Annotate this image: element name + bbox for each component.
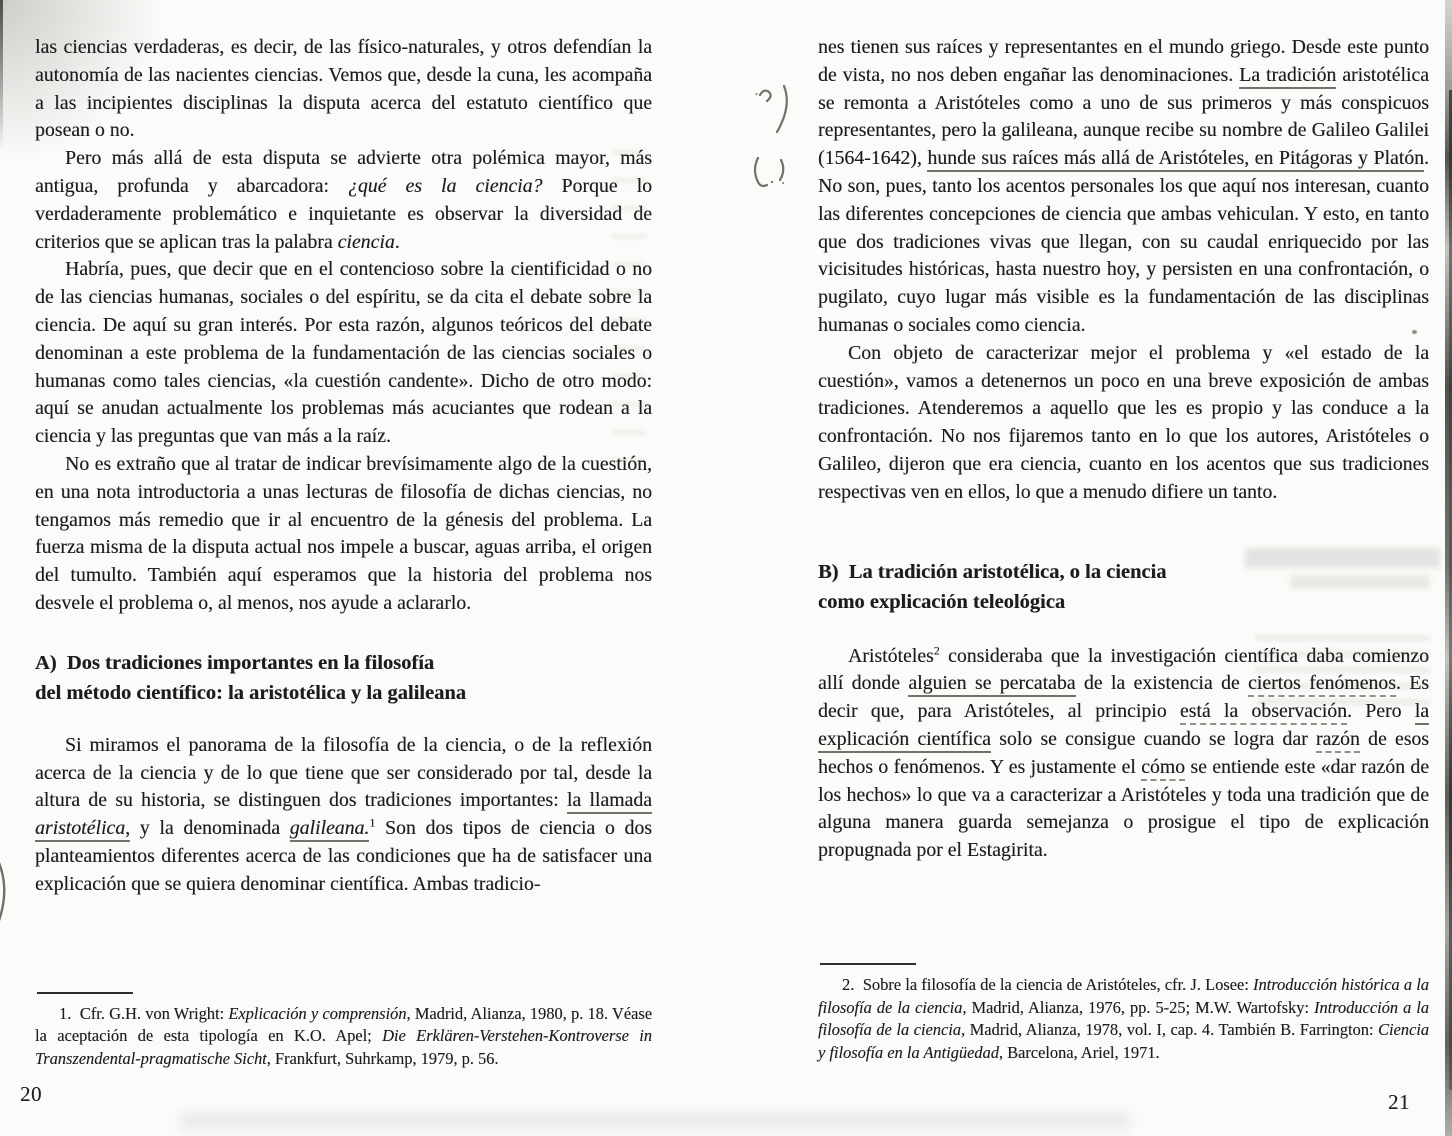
text-run: Si miramos el panorama de la filosofía d… — [35, 734, 652, 812]
text-run: y la denominada — [130, 817, 290, 839]
text-run: la llamada — [567, 789, 652, 814]
text-run: aristotélica — [35, 817, 125, 842]
text-run: 2. Sobre la filosofía de la ciencia de A… — [842, 975, 1253, 994]
text-run: de la existencia de — [1076, 672, 1249, 694]
text-run: alguien se percataba — [908, 672, 1075, 697]
text-run: B) La tradición aristotélica, o la cienc… — [818, 561, 1166, 613]
footnote-1: 1. Cfr. G.H. von Wright: Explicación y c… — [35, 1003, 652, 1070]
left-page: las ciencias verdaderas, es decir, de la… — [35, 34, 652, 1070]
paragraph: Pero más allá de esta disputa se adviert… — [35, 145, 652, 256]
section-heading-a: A) Dos tradiciones importantes en la fil… — [35, 648, 652, 708]
text-run: No es extraño que al tratar de indicar b… — [35, 453, 652, 614]
text-run: , Madrid, Alianza, 1978, vol. I, cap. 4.… — [961, 1020, 1378, 1039]
pencil-question-paren-mark — [753, 83, 793, 135]
footnote-separator — [820, 963, 916, 965]
pencil-bracket-dots-mark — [748, 150, 792, 192]
footnote-block: 1. Cfr. G.H. von Wright: Explicación y c… — [35, 992, 652, 1070]
text-run: las ciencias verdaderas, es decir, de la… — [35, 36, 652, 141]
text-run: 1. Cfr. G.H. von Wright: — [59, 1004, 228, 1023]
scan-smudge — [180, 1112, 1130, 1130]
footnote-block: 2. Sobre la filosofía de la ciencia de A… — [818, 963, 1429, 1064]
text-run: Aristóteles — [848, 645, 934, 667]
footnote-separator — [37, 992, 133, 994]
paragraph: Aristóteles2 consideraba que la investig… — [818, 643, 1429, 865]
text-run: galileana. — [290, 817, 370, 842]
text-run: A) Dos tradiciones importantes en la fil… — [35, 652, 466, 704]
scan-left-edge-line — [0, 0, 3, 150]
text-run: está la observación — [1180, 700, 1347, 725]
text-run: ciertos fenómenos — [1248, 672, 1396, 697]
paragraph: Con objeto de caracterizar mejor el prob… — [818, 340, 1429, 507]
page-number-right: 21 — [1388, 1090, 1410, 1115]
text-run: , Frankfurt, Suhrkamp, 1979, p. 56. — [267, 1049, 499, 1068]
text-run: Explicación y comprensión — [228, 1004, 406, 1023]
section-heading-b: B) La tradición aristotélica, o la cienc… — [818, 557, 1429, 617]
text-run: ciencia — [338, 231, 395, 253]
paragraph: las ciencias verdaderas, es decir, de la… — [35, 34, 652, 145]
text-run: . — [395, 231, 400, 253]
text-run: solo se consigue cuando se logra dar — [991, 728, 1316, 750]
text-run: , Madrid, Alianza, 1976, pp. 5-25; M.W. … — [962, 998, 1314, 1017]
text-run: razón — [1316, 728, 1360, 753]
paragraph: Habría, pues, que decir que en el conten… — [35, 256, 652, 451]
text-run: . Pero — [1347, 700, 1415, 722]
right-page: nes tienen sus raíces y representantes e… — [818, 34, 1429, 1064]
text-run: hunde sus raíces más allá de Aristóteles… — [927, 147, 1424, 172]
text-run: . No son, pues, tanto los acentos person… — [818, 147, 1429, 336]
footnote-2: 2. Sobre la filosofía de la ciencia de A… — [818, 974, 1429, 1064]
page-number-left: 20 — [20, 1082, 42, 1107]
paragraph: Si miramos el panorama de la filosofía d… — [35, 732, 652, 899]
paragraph: No es extraño que al tratar de indicar b… — [35, 451, 652, 618]
text-run: cómo — [1141, 756, 1185, 781]
text-run: Habría, pues, que decir que en el conten… — [35, 258, 652, 447]
text-run: ¿qué es la ciencia? — [348, 175, 543, 197]
paragraph: nes tienen sus raíces y representantes e… — [818, 34, 1429, 340]
text-run: La tradición — [1239, 64, 1336, 89]
pencil-paren-edge-mark — [0, 852, 17, 930]
text-run: Con objeto de caracterizar mejor el prob… — [818, 342, 1429, 503]
text-run: , Barcelona, Ariel, 1971. — [999, 1043, 1160, 1062]
